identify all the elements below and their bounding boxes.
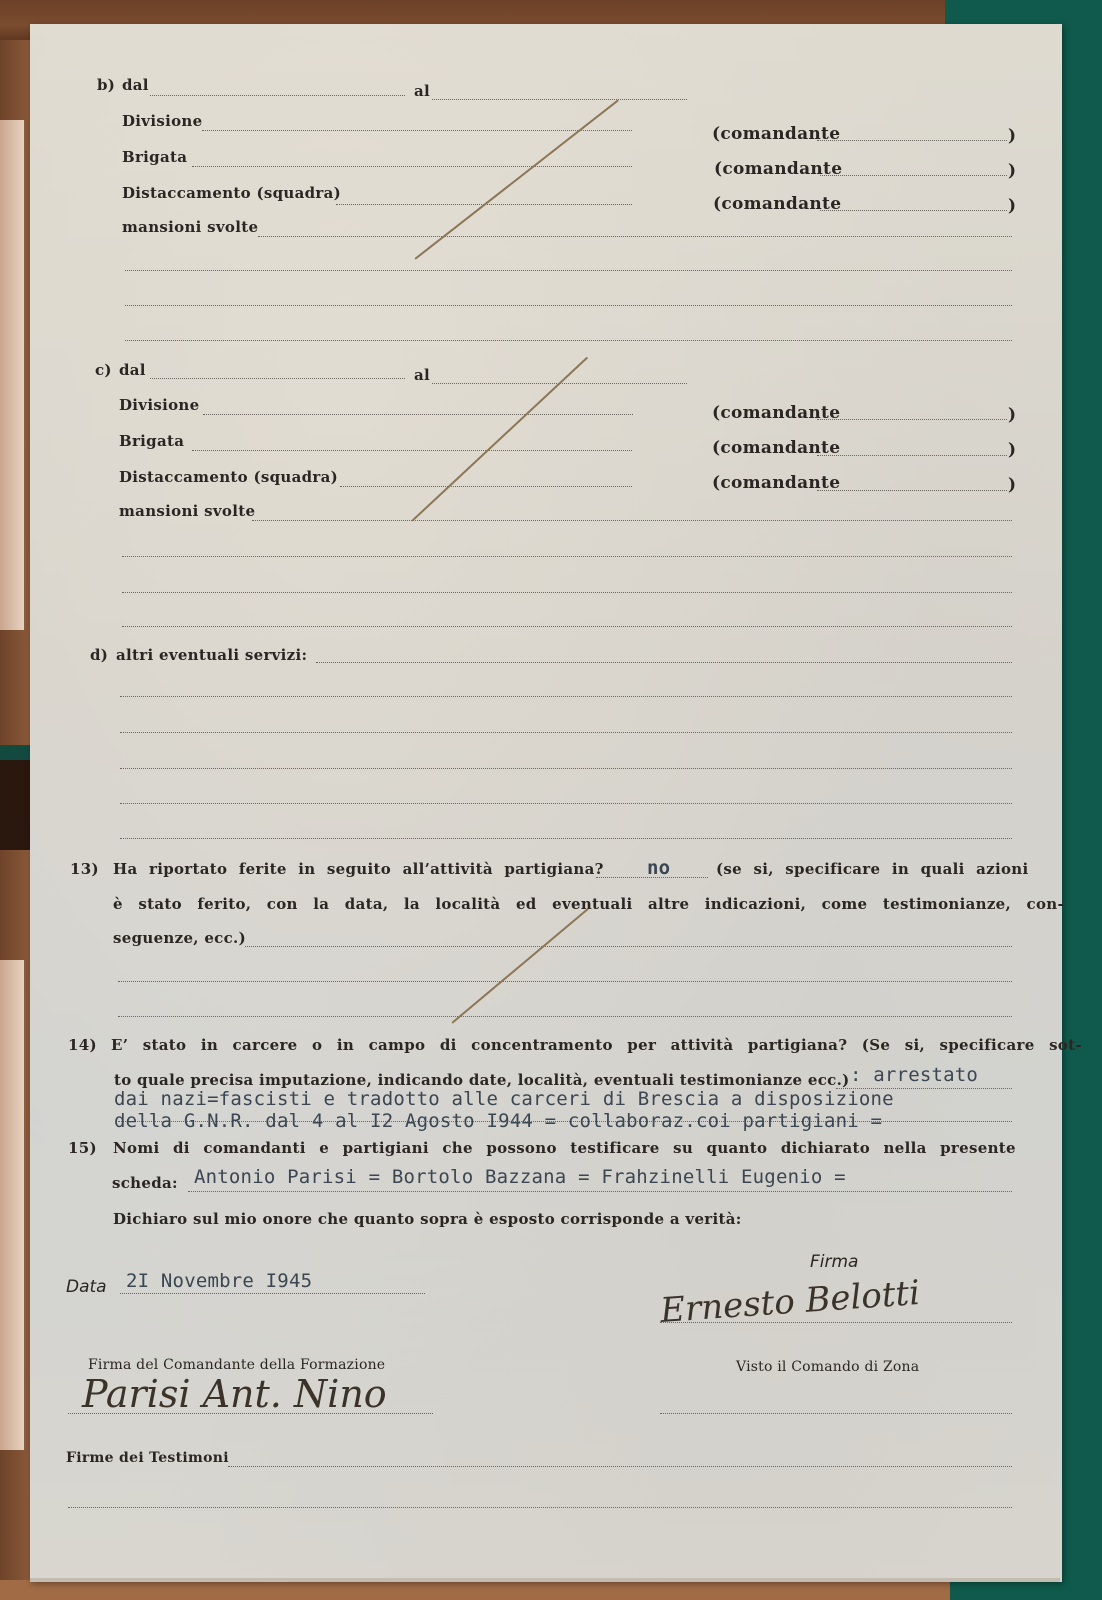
mansioni-label: mansioni svolte bbox=[122, 218, 258, 236]
imprisonment-answer: dai nazi=fascisti e tradotto alle carcer… bbox=[114, 1088, 894, 1110]
dal-label: dal bbox=[119, 361, 146, 379]
dal-field[interactable] bbox=[150, 95, 405, 96]
question-text: (se si, specificare in quali azioni bbox=[716, 860, 1028, 878]
witnesses-field[interactable] bbox=[228, 1466, 1012, 1467]
injury-answer: no bbox=[647, 857, 670, 879]
commander-label: Firma del Comandante della Formazione bbox=[88, 1357, 385, 1373]
altri-servizi-field-line[interactable] bbox=[120, 732, 1012, 733]
mansioni-field-line[interactable] bbox=[125, 305, 1012, 306]
mansioni-field-line[interactable] bbox=[125, 270, 1012, 271]
question-text: è stato ferito, con la data, la località… bbox=[113, 895, 1064, 913]
comandante-field[interactable] bbox=[820, 175, 1007, 176]
section-d-label: d) bbox=[90, 646, 108, 664]
section-b-label: b) bbox=[97, 76, 115, 94]
altri-servizi-field-line[interactable] bbox=[120, 696, 1012, 697]
mansioni-label: mansioni svolte bbox=[119, 502, 255, 520]
distaccamento-field[interactable] bbox=[340, 486, 632, 487]
witnesses-label: Firme dei Testimoni bbox=[66, 1450, 229, 1466]
comandante-label: (comandante bbox=[712, 403, 840, 423]
zone-command-label: Visto il Comando di Zona bbox=[736, 1359, 919, 1375]
mansioni-field[interactable] bbox=[252, 520, 1012, 521]
background-cloth bbox=[0, 745, 30, 760]
brigata-field[interactable] bbox=[192, 450, 632, 451]
background-book-edge bbox=[0, 120, 26, 630]
altri-servizi-label: altri eventuali servizi: bbox=[116, 646, 307, 664]
dal-field[interactable] bbox=[150, 378, 405, 379]
close-paren: ) bbox=[1008, 126, 1016, 146]
mansioni-field-line[interactable] bbox=[122, 592, 1012, 593]
question-text: Ha riportato ferite in seguito all’attiv… bbox=[113, 860, 604, 878]
close-paren: ) bbox=[1008, 475, 1016, 495]
close-paren: ) bbox=[1008, 161, 1016, 181]
comandante-field[interactable] bbox=[817, 419, 1007, 420]
mansioni-field[interactable] bbox=[258, 236, 1012, 237]
declaration-text: Dichiaro sul mio onore che quanto sopra … bbox=[113, 1210, 742, 1228]
divisione-label: Divisione bbox=[122, 112, 202, 130]
brigata-label: Brigata bbox=[119, 432, 184, 450]
mansioni-field-line[interactable] bbox=[122, 626, 1012, 627]
altri-servizi-field-line[interactable] bbox=[120, 768, 1012, 769]
question-text: seguenze, ecc.) bbox=[113, 929, 246, 947]
al-field[interactable] bbox=[432, 99, 687, 100]
close-paren: ) bbox=[1008, 405, 1016, 425]
background-dark bbox=[0, 760, 30, 850]
date-label: Data bbox=[66, 1277, 107, 1297]
comandante-label: (comandante bbox=[712, 124, 840, 144]
zone-command-field[interactable] bbox=[660, 1413, 1012, 1414]
distaccamento-label: Distaccamento (squadra) bbox=[122, 184, 341, 202]
witnesses-field-line[interactable] bbox=[68, 1507, 1012, 1508]
question-number: 15) bbox=[68, 1139, 97, 1157]
section-c-label: c) bbox=[95, 361, 112, 379]
question-number: 14) bbox=[68, 1036, 97, 1054]
paper-edge bbox=[30, 1578, 1060, 1582]
comandante-field[interactable] bbox=[817, 455, 1007, 456]
imprisonment-answer: della G.N.R. dal 4 al I2 Agosto I944 = c… bbox=[114, 1110, 882, 1132]
date-field[interactable] bbox=[120, 1293, 425, 1294]
brigata-field[interactable] bbox=[192, 166, 632, 167]
injury-details-field-line[interactable] bbox=[118, 981, 1012, 982]
al-label: al bbox=[414, 82, 430, 100]
close-paren: ) bbox=[1008, 196, 1016, 216]
al-label: al bbox=[414, 366, 430, 384]
comandante-label: (comandante bbox=[714, 159, 842, 179]
divisione-label: Divisione bbox=[119, 396, 199, 414]
mansioni-field-line[interactable] bbox=[125, 340, 1012, 341]
divisione-field[interactable] bbox=[203, 414, 633, 415]
signature-label: Firma bbox=[810, 1252, 858, 1272]
imprisonment-answer: : arrestato bbox=[850, 1064, 978, 1086]
dal-label: dal bbox=[122, 76, 149, 94]
date-value: 2I Novembre I945 bbox=[126, 1270, 312, 1292]
scheda-label: scheda: bbox=[112, 1174, 178, 1192]
injury-details-field-line[interactable] bbox=[118, 1016, 1012, 1017]
distaccamento-label: Distaccamento (squadra) bbox=[119, 468, 338, 486]
background-wood-bottom bbox=[0, 1580, 950, 1600]
witness-names-field[interactable] bbox=[188, 1191, 1012, 1192]
comandante-field[interactable] bbox=[817, 490, 1007, 491]
injury-details-field[interactable] bbox=[245, 946, 1012, 947]
comandante-field[interactable] bbox=[817, 140, 1007, 141]
question-text: Nomi di comandanti e partigiani che poss… bbox=[113, 1139, 1016, 1157]
altri-servizi-field[interactable] bbox=[316, 662, 1012, 663]
question-text: to quale precisa imputazione, indicando … bbox=[114, 1071, 850, 1089]
question-number: 13) bbox=[70, 860, 99, 878]
comandante-field[interactable] bbox=[820, 210, 1007, 211]
altri-servizi-field-line[interactable] bbox=[120, 803, 1012, 804]
mansioni-field-line[interactable] bbox=[122, 556, 1012, 557]
question-text: E’ stato in carcere o in campo di concen… bbox=[111, 1036, 1082, 1054]
comandante-label: (comandante bbox=[713, 194, 841, 214]
witness-names-answer: Antonio Parisi = Bortolo Bazzana = Frahz… bbox=[194, 1166, 846, 1188]
background-book-edge bbox=[0, 960, 26, 1450]
close-paren: ) bbox=[1008, 440, 1016, 460]
commander-handwritten-signature: Parisi Ant. Nino bbox=[82, 1372, 387, 1416]
divisione-field[interactable] bbox=[202, 130, 632, 131]
altri-servizi-field-line[interactable] bbox=[120, 838, 1012, 839]
brigata-label: Brigata bbox=[122, 148, 187, 166]
